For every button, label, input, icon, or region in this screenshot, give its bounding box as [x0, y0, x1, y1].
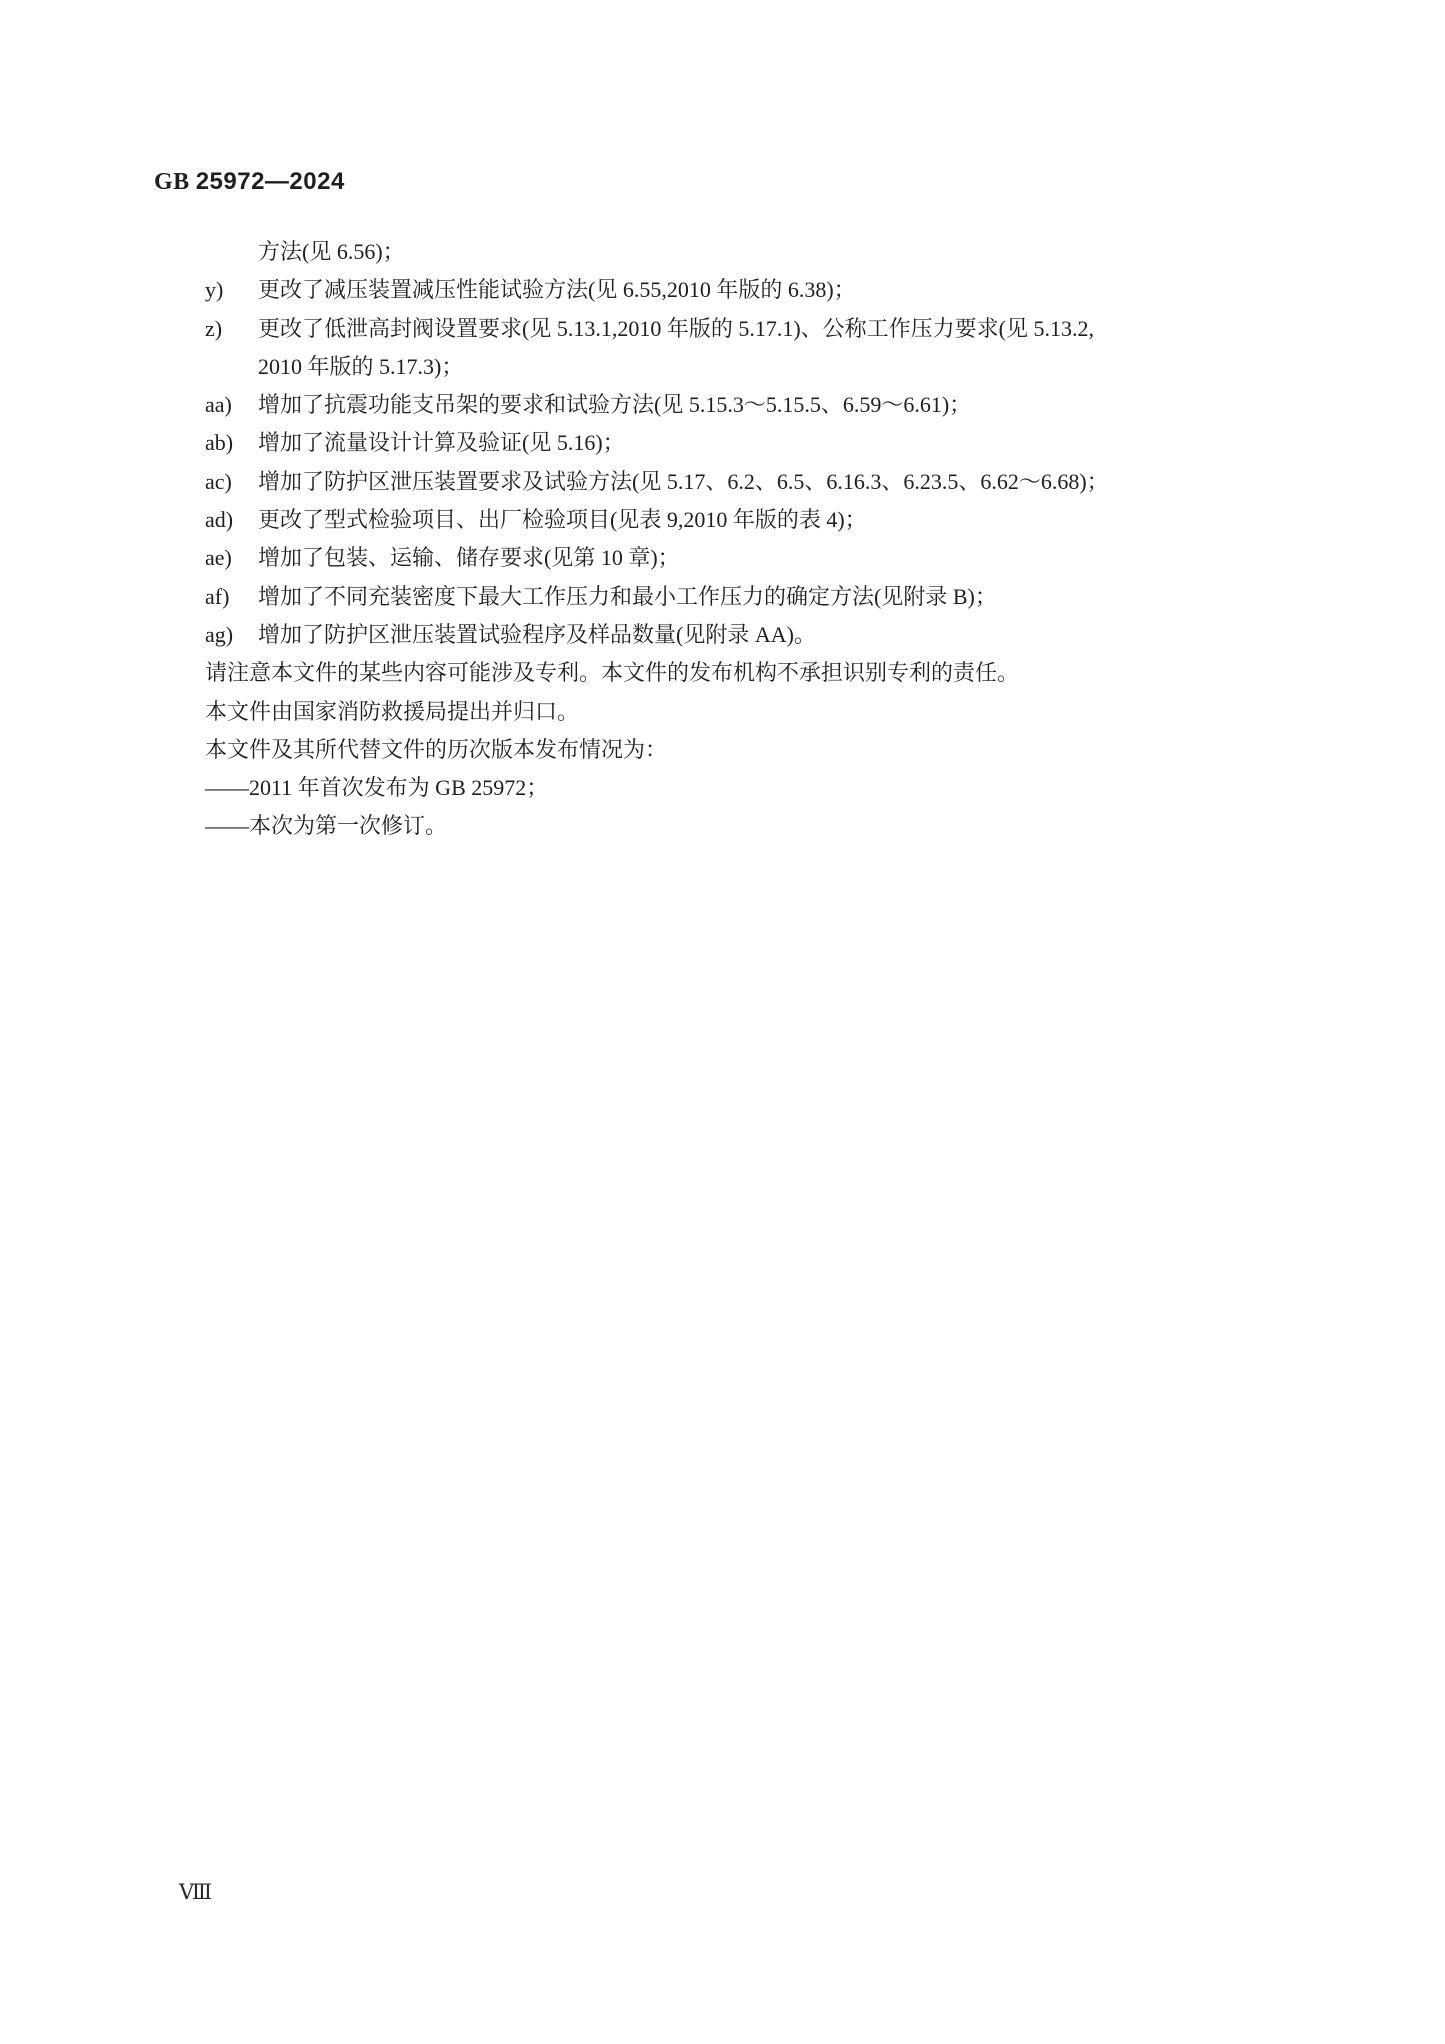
list-item-text: 增加了防护区泄压装置试验程序及样品数量(见附录 AA)。: [258, 616, 816, 654]
list-item-z-continuation: 2010 年版的 5.17.3)；: [0, 348, 1445, 386]
list-item-y: y) 更改了减压装置减压性能试验方法(见 6.55,2010 年版的 6.38)…: [0, 271, 1445, 309]
list-item-continuation: 方法(见 6.56)；: [0, 233, 1445, 271]
list-item-label: ab): [205, 424, 258, 462]
paragraph-text: ——2011 年首次发布为 GB 25972；: [205, 769, 548, 807]
page-number-roman: Ⅷ: [179, 1880, 212, 1904]
list-item-label: [205, 348, 258, 386]
list-item-text: 增加了流量设计计算及验证(见 5.16)；: [258, 424, 625, 462]
list-item-ac: ac) 增加了防护区泄压装置要求及试验方法(见 5.17、6.2、6.5、6.1…: [0, 463, 1445, 501]
list-item-text: 增加了不同充装密度下最大工作压力和最小工作压力的确定方法(见附录 B)；: [258, 578, 997, 616]
standard-code-prefix: GB: [154, 169, 190, 195]
paragraph-text: 本文件由国家消防救援局提出并归口。: [205, 693, 579, 731]
list-item-text: 更改了型式检验项目、出厂检验项目(见表 9,2010 年版的表 4)；: [258, 501, 867, 539]
list-item-label: [205, 233, 258, 271]
list-item-label: ag): [205, 616, 258, 654]
list-item-ag: ag) 增加了防护区泄压装置试验程序及样品数量(见附录 AA)。: [0, 616, 1445, 654]
document-body: 方法(见 6.56)； y) 更改了减压装置减压性能试验方法(见 6.55,20…: [0, 233, 1445, 846]
list-item-text: 增加了抗震功能支吊架的要求和试验方法(见 5.15.3～5.15.5、6.59～…: [258, 386, 971, 424]
paragraph-version-history-2011: ——2011 年首次发布为 GB 25972；: [0, 769, 1445, 807]
paragraph-text: 本文件及其所代替文件的历次版本发布情况为：: [205, 731, 667, 769]
list-item-label: ad): [205, 501, 258, 539]
list-item-label: aa): [205, 386, 258, 424]
list-item-text: 更改了减压装置减压性能试验方法(见 6.55,2010 年版的 6.38)；: [258, 271, 856, 309]
list-item-text: 2010 年版的 5.17.3)；: [258, 348, 463, 386]
list-item-label: z): [205, 310, 258, 348]
list-item-text: 方法(见 6.56)；: [258, 233, 405, 271]
list-item-aa: aa) 增加了抗震功能支吊架的要求和试验方法(见 5.15.3～5.15.5、6…: [0, 386, 1445, 424]
list-item-z: z) 更改了低泄高封阀设置要求(见 5.13.1,2010 年版的 5.17.1…: [0, 310, 1445, 348]
list-item-label: y): [205, 271, 258, 309]
list-item-ab: ab) 增加了流量设计计算及验证(见 5.16)；: [0, 424, 1445, 462]
paragraph-text: ——本次为第一次修订。: [205, 807, 447, 845]
list-item-text: 增加了包装、运输、储存要求(见第 10 章)；: [258, 539, 680, 577]
list-item-af: af) 增加了不同充装密度下最大工作压力和最小工作压力的确定方法(见附录 B)；: [0, 578, 1445, 616]
paragraph-text: 请注意本文件的某些内容可能涉及专利。本文件的发布机构不承担识别专利的责任。: [205, 654, 1019, 692]
list-item-label: ac): [205, 463, 258, 501]
standard-code-header: GB25972—2024: [154, 168, 345, 196]
list-item-ad: ad) 更改了型式检验项目、出厂检验项目(见表 9,2010 年版的表 4)；: [0, 501, 1445, 539]
document-page: GB25972—2024 方法(见 6.56)； y) 更改了减压装置减压性能试…: [0, 0, 1445, 2044]
paragraph-version-history-intro: 本文件及其所代替文件的历次版本发布情况为：: [0, 731, 1445, 769]
list-item-label: af): [205, 578, 258, 616]
list-item-text: 增加了防护区泄压装置要求及试验方法(见 5.17、6.2、6.5、6.16.3、…: [258, 463, 1109, 501]
list-item-ae: ae) 增加了包装、运输、储存要求(见第 10 章)；: [0, 539, 1445, 577]
list-item-label: ae): [205, 539, 258, 577]
standard-code-number: 25972—2024: [196, 168, 345, 195]
paragraph-patent-notice: 请注意本文件的某些内容可能涉及专利。本文件的发布机构不承担识别专利的责任。: [0, 654, 1445, 692]
paragraph-issuing-body: 本文件由国家消防救援局提出并归口。: [0, 693, 1445, 731]
list-item-text: 更改了低泄高封阀设置要求(见 5.13.1,2010 年版的 5.17.1)、公…: [258, 310, 1094, 348]
paragraph-version-history-revision: ——本次为第一次修订。: [0, 807, 1445, 845]
